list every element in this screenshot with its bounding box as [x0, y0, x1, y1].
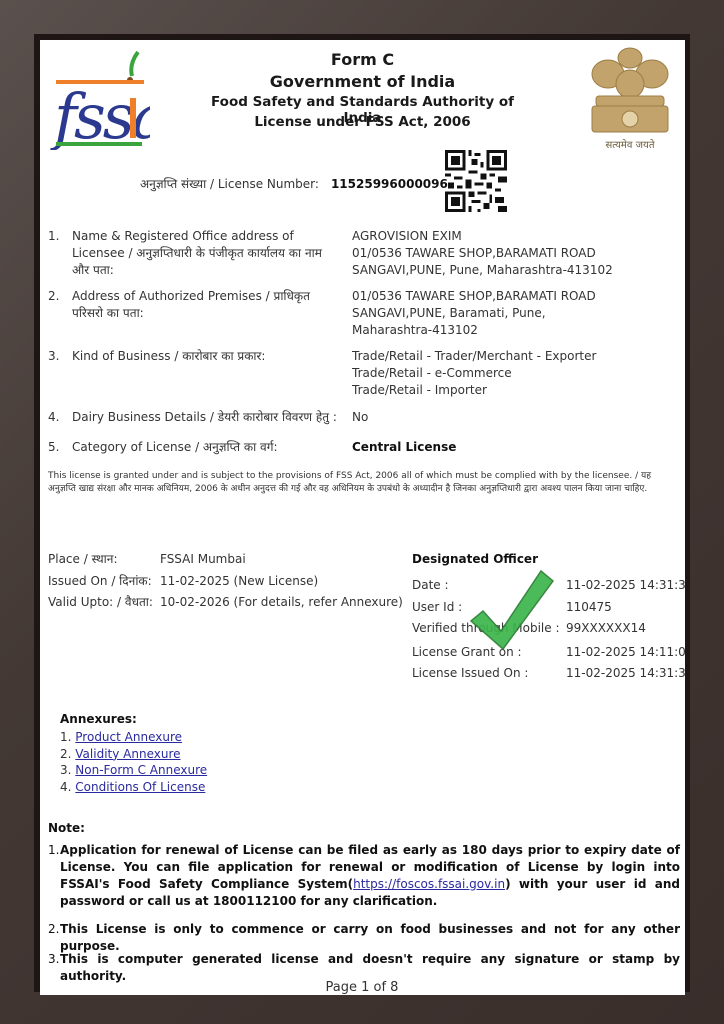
license-issued-value: 11-02-2025 14:31:35	[566, 663, 685, 685]
item-label: Name & Registered Office address of Lice…	[72, 228, 342, 279]
business-kind: Trade/Retail - Trader/Merchant - Exporte…	[352, 348, 672, 365]
non-form-c-annexure-link[interactable]: Non-Form C Annexure	[75, 763, 207, 777]
item-label: Address of Authorized Premises / प्राधिक…	[72, 288, 342, 322]
designated-officer-title: Designated Officer	[412, 552, 538, 566]
foscos-link[interactable]: https://foscos.fssai.gov.in	[353, 877, 505, 891]
note-item-purpose: 2. This License is only to commence or c…	[48, 921, 680, 955]
license-grant-value: 11-02-2025 14:11:07	[566, 642, 685, 664]
item-value: No	[352, 409, 672, 426]
conditions-of-license-link[interactable]: Conditions Of License	[75, 780, 205, 794]
fssai-logo-icon: fssa	[46, 46, 150, 150]
place-label: Place / स्थान:	[48, 549, 158, 571]
page-number: Page 1 of 8	[0, 980, 724, 995]
item-number: 3.	[48, 348, 68, 365]
address-line: SANGAVI,PUNE, Baramati, Pune,	[352, 305, 672, 322]
annexures-list: 1. Product Annexure 2. Validity Annexure…	[60, 729, 207, 795]
svg-text:सत्यमेव जयते: सत्यमेव जयते	[605, 139, 654, 151]
act-title: License under FSS Act, 2006	[190, 114, 535, 130]
note-number: 1.	[48, 842, 59, 859]
issued-on-label: Issued On / दिनांक:	[48, 571, 158, 593]
user-id-value: 110475	[566, 597, 685, 619]
annexure-item: 2. Validity Annexure	[60, 746, 207, 763]
valid-upto-value: 10-02-2026 (For details, refer Annexure)	[160, 592, 420, 614]
note-text: This License is only to commence or carr…	[48, 921, 680, 955]
issue-labels: Place / स्थान: Issued On / दिनांक: Valid…	[48, 549, 158, 614]
form-title: Form C	[190, 50, 535, 69]
business-kind: Trade/Retail - e-Commerce	[352, 365, 672, 382]
business-kind: Trade/Retail - Importer	[352, 382, 672, 399]
verified-mobile-value: 99XXXXXX14	[566, 618, 685, 640]
note-title: Note:	[48, 821, 85, 835]
note-text: Application for renewal of License can b…	[48, 842, 680, 910]
item-label: Dairy Business Details / डेयरी कारोबार व…	[72, 409, 352, 426]
annexures-title: Annexures:	[60, 712, 137, 726]
product-annexure-link[interactable]: Product Annexure	[75, 730, 182, 744]
item-label: Category of License / अनुज्ञप्ति का वर्ग…	[72, 439, 342, 456]
license-document: fssa Form C Government of India Food Saf…	[40, 40, 685, 995]
national-emblem-icon: सत्यमेव जयते	[580, 44, 680, 152]
address-line: Maharashtra-413102	[352, 322, 672, 339]
license-number-label: अनुज्ञप्ति संख्या / License Number:	[140, 177, 319, 191]
place-value: FSSAI Mumbai	[160, 549, 420, 571]
item-value: Central License	[352, 439, 672, 456]
item-number: 1.	[48, 228, 68, 245]
annexure-item: 3. Non-Form C Annexure	[60, 762, 207, 779]
qr-code-icon	[445, 150, 507, 212]
note-number: 2.	[48, 921, 59, 938]
license-issued-label: License Issued On :	[412, 663, 562, 685]
issued-on-value: 11-02-2025 (New License)	[160, 571, 420, 593]
verified-checkmark-icon	[465, 565, 555, 653]
disclaimer-text: This license is granted under and is sub…	[48, 470, 668, 496]
officer-values: 11-02-2025 14:31:35 110475 99XXXXXX14 11…	[566, 575, 685, 685]
item-label: Kind of Business / कारोबार का प्रकार:	[72, 348, 342, 365]
note-item-renewal: 1. Application for renewal of License ca…	[48, 842, 680, 910]
item-number: 5.	[48, 439, 68, 456]
address-line: 01/0536 TAWARE SHOP,BARAMATI ROAD	[352, 245, 672, 262]
annexure-item: 1. Product Annexure	[60, 729, 207, 746]
annexure-number: 3.	[60, 763, 71, 777]
annexure-number: 2.	[60, 747, 71, 761]
item-value: 01/0536 TAWARE SHOP,BARAMATI ROAD SANGAV…	[352, 288, 672, 339]
item-number: 4.	[48, 409, 68, 426]
item-number: 2.	[48, 288, 68, 305]
government-title: Government of India	[190, 72, 535, 91]
item-value: AGROVISION EXIM 01/0536 TAWARE SHOP,BARA…	[352, 228, 672, 279]
issue-values: FSSAI Mumbai 11-02-2025 (New License) 10…	[160, 549, 420, 614]
license-number-value: 11525996000096	[331, 177, 448, 191]
item-value: Trade/Retail - Trader/Merchant - Exporte…	[352, 348, 672, 399]
license-number-row: अनुज्ञप्ति संख्या / License Number:11525…	[140, 175, 448, 192]
valid-upto-label: Valid Upto: / वैधता:	[48, 592, 158, 614]
annexure-item: 4. Conditions Of License	[60, 779, 207, 796]
annexure-number: 4.	[60, 780, 71, 794]
address-line: 01/0536 TAWARE SHOP,BARAMATI ROAD	[352, 288, 672, 305]
note-number: 3.	[48, 951, 59, 968]
date-value: 11-02-2025 14:31:35	[566, 575, 685, 597]
address-line: SANGAVI,PUNE, Pune, Maharashtra-413102	[352, 262, 672, 279]
licensee-name: AGROVISION EXIM	[352, 228, 672, 245]
annexure-number: 1.	[60, 730, 71, 744]
validity-annexure-link[interactable]: Validity Annexure	[75, 747, 180, 761]
